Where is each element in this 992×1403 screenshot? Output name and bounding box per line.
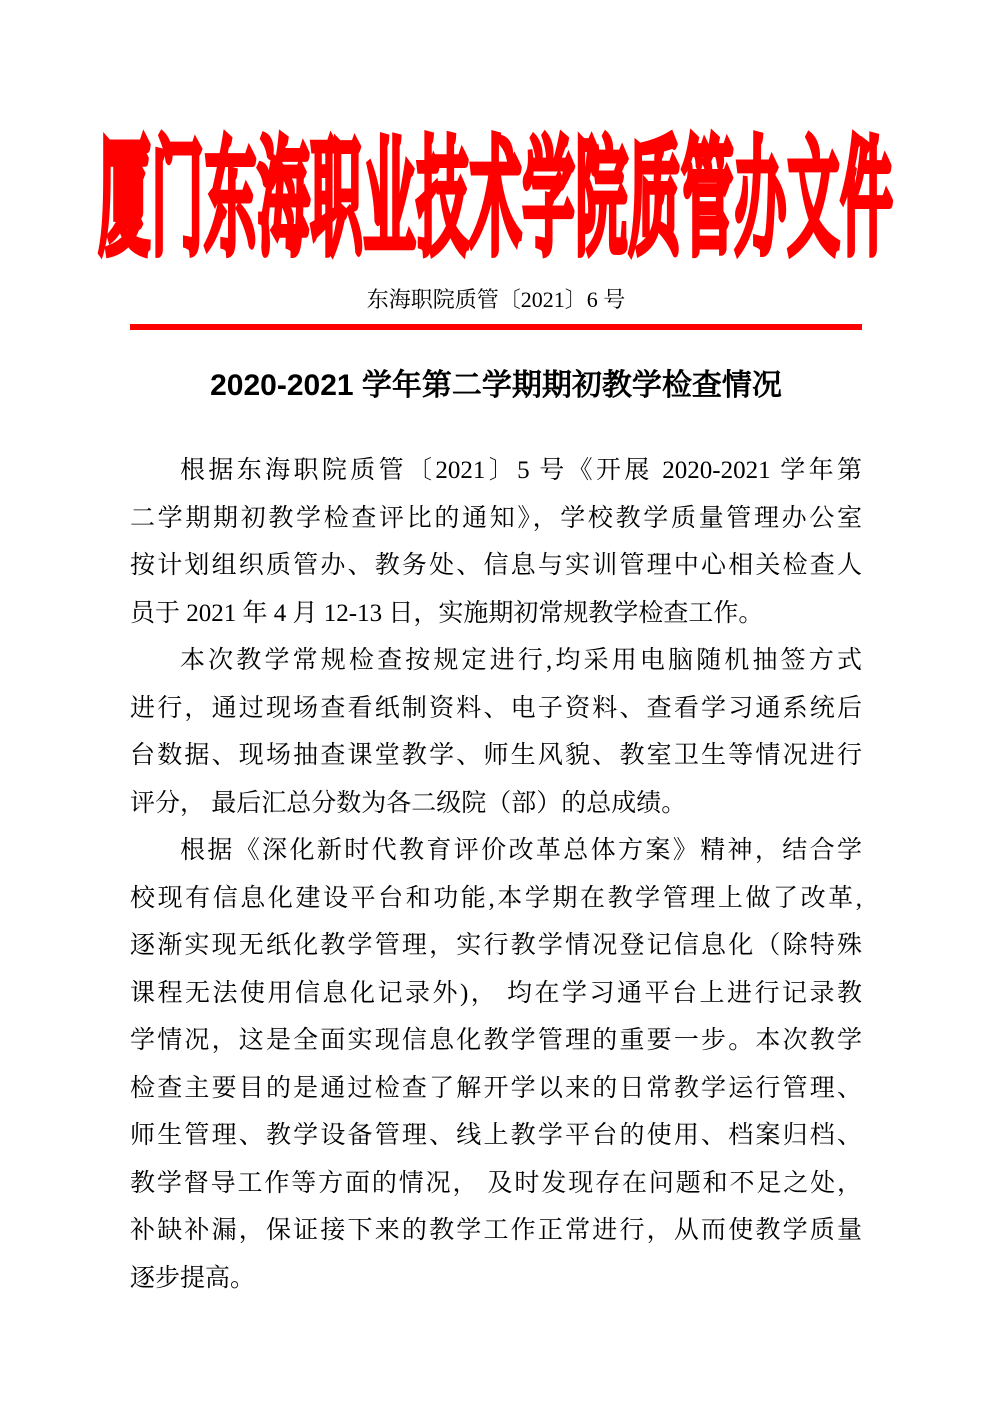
masthead: 厦门东海职业技术学院质管办文件 (0, 120, 992, 255)
body-line: 逐渐实现无纸化教学管理，实行教学情况登记信息化（除特殊 (130, 922, 862, 970)
paragraph: 本次教学常规检查按规定进行,均采用电脑随机抽签方式进行，通过现场查看纸制资料、电… (130, 637, 862, 827)
body-line: 本次教学常规检查按规定进行,均采用电脑随机抽签方式 (130, 637, 862, 685)
body-line: 二学期期初教学检查评比的通知》，学校教学质量管理办公室 (130, 495, 862, 543)
body-line: 员于 2021 年 4 月 12-13 日，实施期初常规教学检查工作。 (130, 590, 862, 638)
body-line: 评分， 最后汇总分数为各二级院（部）的总成绩。 (130, 780, 862, 828)
body-line: 根据《深化新时代教育评价改革总体方案》精神，结合学 (130, 827, 862, 875)
document-body: 根据东海职院质管〔2021〕5 号《开展 2020-2021 学年第二学期期初教… (130, 447, 862, 1302)
body-line: 按计划组织质管办、教务处、信息与实训管理中心相关检查人 (130, 542, 862, 590)
paragraph: 根据《深化新时代教育评价改革总体方案》精神，结合学校现有信息化建设平台和功能,本… (130, 827, 862, 1302)
body-line: 补缺补漏，保证接下来的教学工作正常进行，从而使教学质量 (130, 1207, 862, 1255)
red-divider-rule (130, 324, 862, 330)
body-line: 教学督导工作等方面的情况， 及时发现存在问题和不足之处， (130, 1160, 862, 1208)
masthead-title: 厦门东海职业技术学院质管办文件 (98, 96, 893, 280)
body-line: 进行，通过现场查看纸制资料、电子资料、查看学习通系统后 (130, 685, 862, 733)
paragraph: 根据东海职院质管〔2021〕5 号《开展 2020-2021 学年第二学期期初教… (130, 447, 862, 637)
body-line: 师生管理、教学设备管理、线上教学平台的使用、档案归档、 (130, 1112, 862, 1160)
doc-number: 东海职院质管〔2021〕6 号 (0, 285, 992, 314)
body-line: 逐步提高。 (130, 1255, 862, 1303)
document-title: 2020-2021 学年第二学期期初教学检查情况 (130, 366, 862, 405)
body-line: 根据东海职院质管〔2021〕5 号《开展 2020-2021 学年第 (130, 447, 862, 495)
body-line: 台数据、现场抽查课堂教学、师生风貌、教室卫生等情况进行 (130, 732, 862, 780)
body-line: 学情况，这是全面实现信息化教学管理的重要一步。本次教学 (130, 1017, 862, 1065)
body-line: 课程无法使用信息化记录外)， 均在学习通平台上进行记录教 (130, 970, 862, 1018)
body-line: 校现有信息化建设平台和功能,本学期在教学管理上做了改革, (130, 875, 862, 923)
body-line: 检查主要目的是通过检查了解开学以来的日常教学运行管理、 (130, 1065, 862, 1113)
document-page: 厦门东海职业技术学院质管办文件 东海职院质管〔2021〕6 号 2020-202… (0, 0, 992, 1403)
